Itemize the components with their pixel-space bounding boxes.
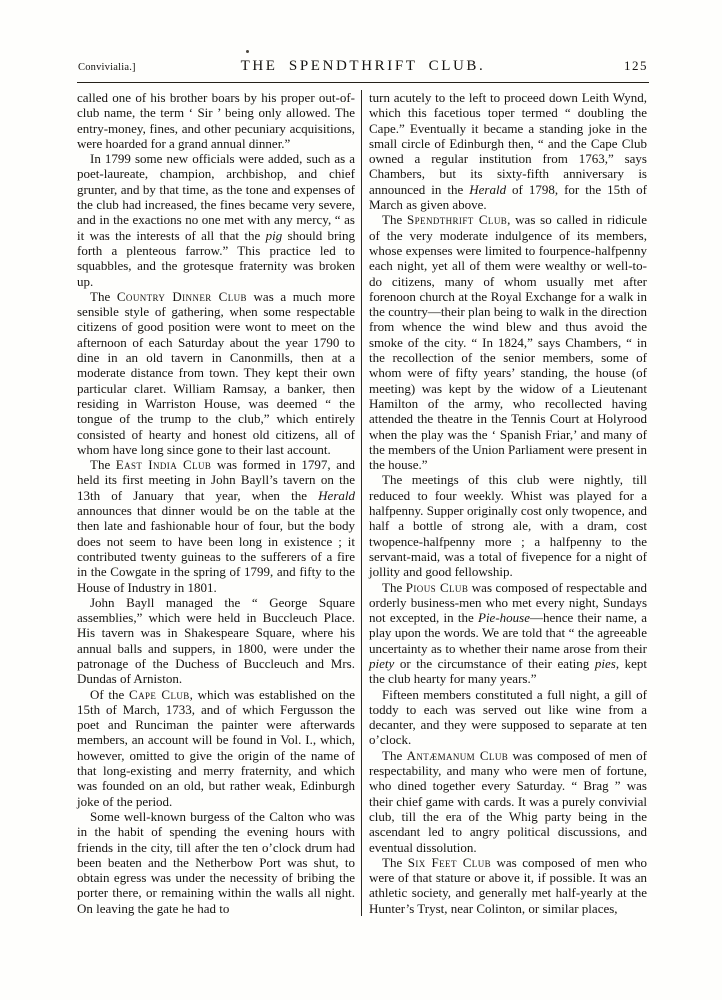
paragraph: Of the Cape Club, which was established … — [77, 687, 355, 809]
text-run: was a much more sensible style of gather… — [77, 289, 355, 457]
columns: called one of his brother boars by his p… — [77, 90, 649, 916]
paragraph: called one of his brother boars by his p… — [77, 90, 355, 151]
running-header: Convivialia.] THE SPENDTHRIFT CLUB. 125 — [77, 58, 649, 82]
scan-speck — [246, 50, 249, 53]
text-run: pies — [595, 656, 616, 671]
text-run: The — [382, 212, 407, 227]
text-run: Fifteen members constituted a full night… — [369, 687, 647, 748]
text-run: The — [382, 580, 406, 595]
text-run: The — [382, 855, 408, 870]
text-run: Herald — [469, 182, 506, 197]
text-run: Of the — [90, 687, 129, 702]
text-run: was composed of men of respectability, a… — [369, 748, 647, 855]
text-run: Pie-house — [478, 610, 530, 625]
text-run: The meetings of this club were nightly, … — [369, 472, 647, 579]
text-run: Pious Club — [406, 580, 468, 595]
text-block: Convivialia.] THE SPENDTHRIFT CLUB. 125 … — [77, 58, 649, 916]
text-run: pig — [266, 228, 283, 243]
paragraph: Some well-known burgess of the Calton wh… — [77, 809, 355, 916]
text-run: John Bayll managed the “ George Square a… — [77, 595, 355, 686]
book-page: Convivialia.] THE SPENDTHRIFT CLUB. 125 … — [0, 0, 722, 1000]
text-run: East India Club — [116, 457, 212, 472]
column-left: called one of his brother boars by his p… — [77, 90, 361, 916]
paragraph: The Spendthrift Club, was so called in r… — [369, 212, 647, 472]
text-run: Cape Club — [129, 687, 190, 702]
text-run: Spendthrift Club — [407, 212, 507, 227]
text-run: , which was established on the 15th of M… — [77, 687, 355, 809]
paragraph: turn acutely to the left to proceed down… — [369, 90, 647, 212]
paragraph: The meetings of this club were nightly, … — [369, 472, 647, 579]
paragraph: The Pious Club was composed of respectab… — [369, 580, 647, 687]
text-run: turn acutely to the left to proceed down… — [369, 90, 647, 197]
text-run: Country Dinner Club — [117, 289, 247, 304]
paragraph: The Country Dinner Club was a much more … — [77, 289, 355, 457]
text-run: Antæmanum Club — [407, 748, 509, 763]
text-run: The — [90, 457, 116, 472]
column-right: turn acutely to the left to proceed down… — [362, 90, 647, 916]
text-run: Six Feet Club — [408, 855, 491, 870]
paragraph: John Bayll managed the “ George Square a… — [77, 595, 355, 687]
paragraph: The Antæmanum Club was composed of men o… — [369, 748, 647, 855]
text-run: The — [90, 289, 117, 304]
section-label: Convivialia.] — [78, 62, 183, 73]
text-run: announces that dinner would be on the ta… — [77, 503, 355, 594]
paragraph: The East India Club was formed in 1797, … — [77, 457, 355, 595]
text-run: , was so called in ridicule of the very … — [369, 212, 647, 472]
header-rule — [77, 82, 649, 83]
text-run: or the circumstance of their eating — [394, 656, 595, 671]
page-title: THE SPENDTHRIFT CLUB. — [183, 58, 543, 75]
paragraph: The Six Feet Club was composed of men wh… — [369, 855, 647, 916]
text-run: The — [382, 748, 407, 763]
paragraph: Fifteen members constituted a full night… — [369, 687, 647, 748]
page-number: 125 — [543, 58, 648, 74]
text-run: Herald — [318, 488, 355, 503]
text-run: called one of his brother boars by his p… — [77, 90, 355, 151]
text-run: Some well-known burgess of the Calton wh… — [77, 809, 355, 916]
text-run: piety — [369, 656, 394, 671]
paragraph: In 1799 some new officials were added, s… — [77, 151, 355, 289]
